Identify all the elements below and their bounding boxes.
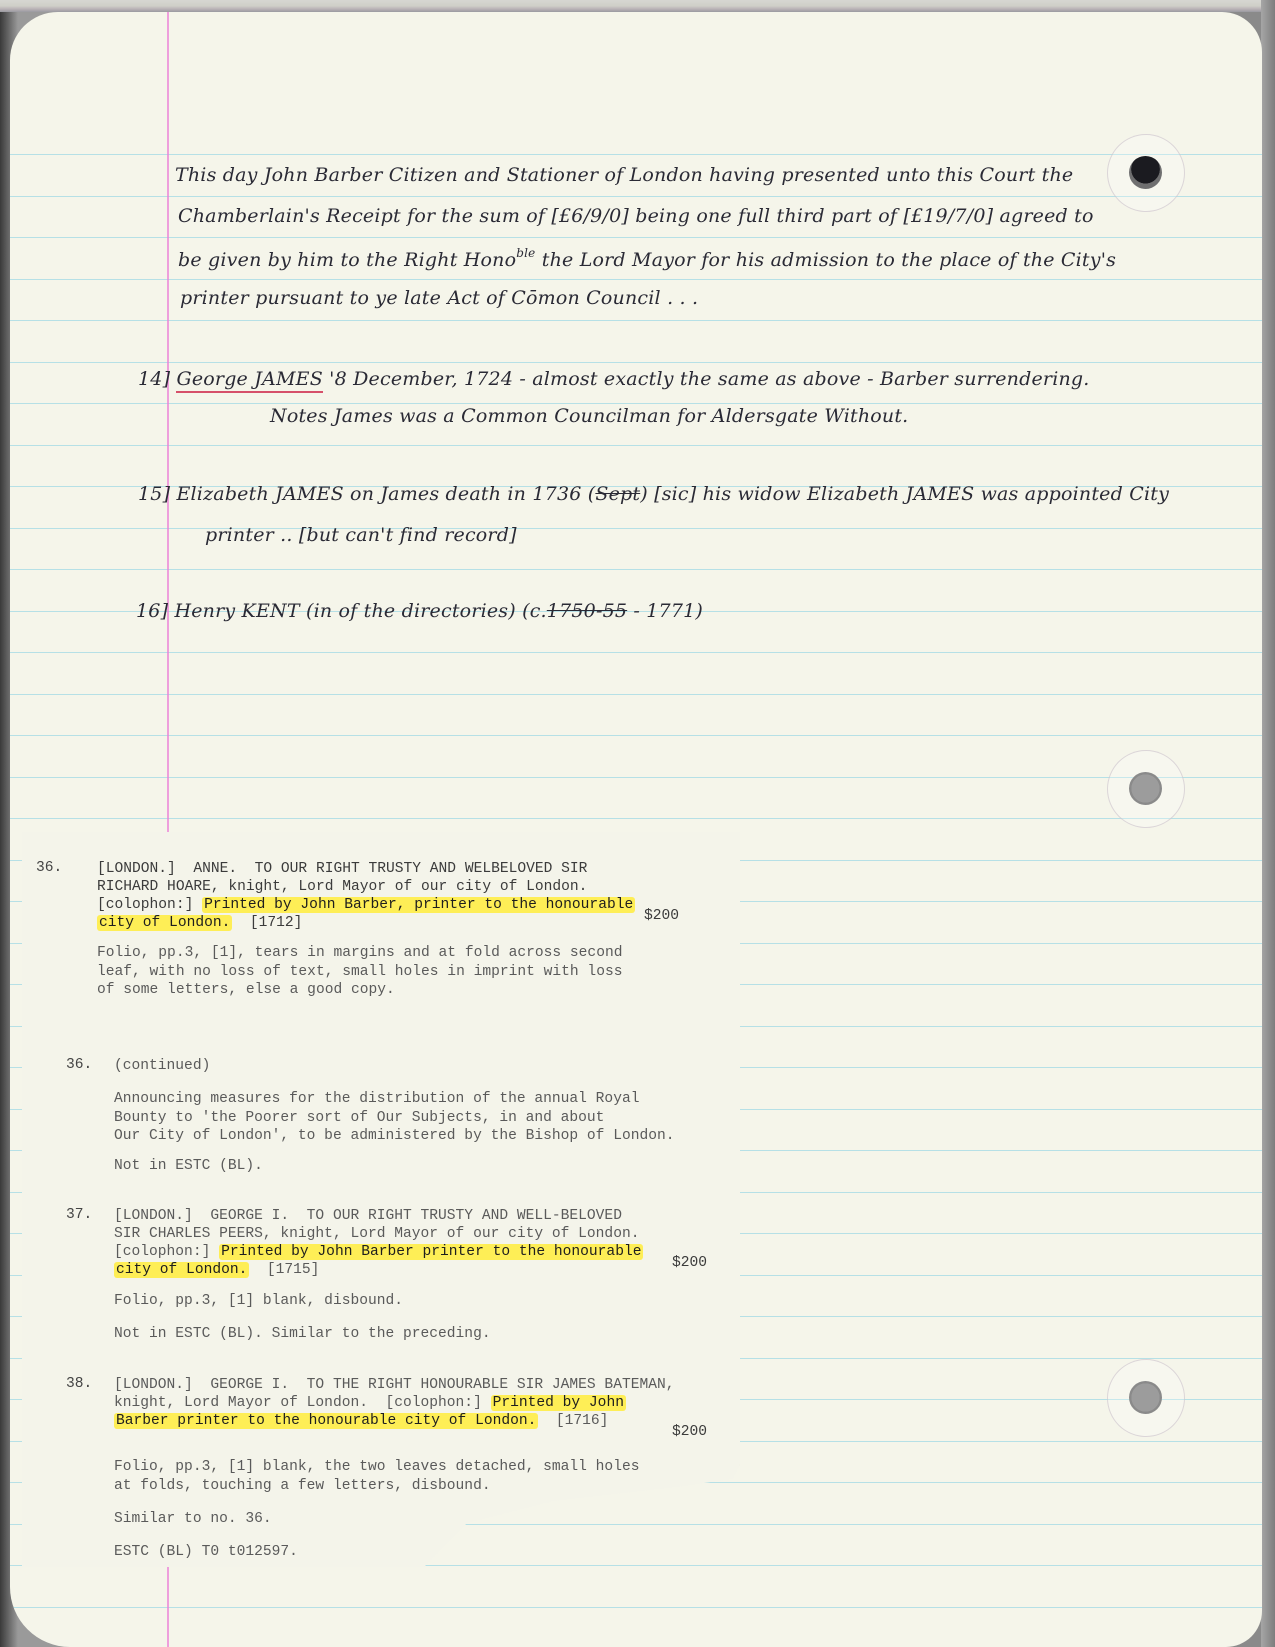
item-38-description: Folio, pp.3, [1] blank, the two leaves d… [114,1458,639,1495]
entry-number: 14] [138,368,170,390]
ruled-line [10,528,1262,529]
item-number-38: 38. [66,1376,92,1392]
ruled-line [10,445,1262,446]
item-date: [1715] [249,1262,319,1278]
note-paragraph-line-2: Chamberlain's Receipt for the sum of [£6… [178,205,1094,227]
colophon-label: [colophon:] [97,897,202,913]
ruled-line [10,735,1262,736]
ruled-line [10,362,1262,363]
ruled-line [10,652,1262,653]
item-36-estc-note: Not in ESTC (BL). [114,1157,263,1176]
entry-name: Henry KENT [174,600,299,622]
highlighted-imprint: city of London. [114,1262,249,1278]
ruled-line [10,320,1262,321]
item-38-similar-note: Similar to no. 36. [114,1510,272,1529]
ruled-line [10,569,1262,570]
item-36-colophon-line: [colophon:] Printed by John Barber, prin… [97,896,635,915]
item-36-heading-line-2: RICHARD HOARE, knight, Lord Mayor of our… [97,878,587,897]
note-paragraph-line-3: be given by him to the Right Honoble the… [178,246,1116,271]
item-38-estc-reference: ESTC (BL) T0 t012597. [114,1543,298,1562]
scanner-edge-top [0,0,1275,12]
entry-text: '8 December, 1724 - almost exactly the s… [323,368,1090,390]
entry-text: - 1771) [627,600,703,622]
item-37-description: Folio, pp.3, [1] blank, disbound. [114,1292,403,1311]
text-segment: knight, Lord Mayor of London. [colophon:… [114,1395,491,1411]
text-segment: the Lord Mayor for his admission to the … [536,249,1117,271]
entry-name: George JAMES [176,368,322,393]
struck-text: 1750-55 [547,600,627,622]
item-38-price: $200 [672,1424,707,1440]
item-38-imprint-line: Barber printer to the honourable city of… [114,1412,608,1431]
struck-text: Sept [595,483,640,505]
highlighted-imprint: Printed by John Barber printer to the ho… [219,1244,643,1260]
ruled-line [10,694,1262,695]
note-entry-14: 14] George JAMES '8 December, 1724 - alm… [138,368,1090,390]
item-38-heading-line-2: knight, Lord Mayor of London. [colophon:… [114,1394,626,1413]
ruled-line [10,237,1262,238]
item-37-estc-note: Not in ESTC (BL). Similar to the precedi… [114,1325,491,1344]
note-paragraph-line-4: printer pursuant to ye late Act of Cōmon… [180,287,698,309]
item-37-heading-line-2: SIR CHARLES PEERS, knight, Lord Mayor of… [114,1225,639,1244]
entry-number: 16] [136,600,168,622]
item-38-heading-line-1: [LONDON.] GEORGE I. TO THE RIGHT HONOURA… [114,1376,675,1395]
highlighted-imprint: city of London. [97,915,232,931]
entry-text: on James death in 1736 ( [344,483,596,505]
item-37-imprint-line: city of London. [1715] [114,1261,319,1280]
text-segment: be given by him to the Right Hono [178,249,516,271]
continued-label: (continued) [114,1057,210,1076]
item-date: [1716] [538,1413,608,1429]
entry-text: ) [sic] his widow Elizabeth JAMES was ap… [640,483,1169,505]
ruled-line [10,777,1262,778]
note-entry-14-line-2: Notes James was a Common Councilman for … [270,405,908,427]
ruled-line [10,279,1262,280]
entry-text: (in of the directories) (c. [300,600,547,622]
item-36-price: $200 [644,908,679,924]
catalog-clipping: 36. [LONDON.] ANNE. TO OUR RIGHT TRUSTY … [22,832,740,1567]
ruled-line [10,196,1262,197]
item-36-imprint-line: city of London. [1712] [97,914,302,933]
item-number-37: 37. [66,1207,92,1223]
item-37-heading-line-1: [LONDON.] GEORGE I. TO OUR RIGHT TRUSTY … [114,1207,622,1226]
ruled-line [10,154,1262,155]
item-37-price: $200 [672,1255,707,1271]
entry-name: Elizabeth JAMES [176,483,343,505]
item-36-continued-description: Announcing measures for the distribution… [114,1090,675,1146]
punch-hole-icon [1129,1381,1162,1414]
ruled-line [10,1607,1262,1608]
highlighted-imprint: Printed by John Barber, printer to the h… [202,897,635,913]
scanner-edge-right [1261,0,1275,1647]
note-entry-16: 16] Henry KENT (in of the directories) (… [136,600,703,622]
item-36-heading-line-1: [LONDON.] ANNE. TO OUR RIGHT TRUSTY AND … [97,860,587,879]
note-entry-15: 15] Elizabeth JAMES on James death in 17… [138,483,1169,505]
item-number-36-continued: 36. [66,1057,92,1073]
note-entry-15-line-2: printer .. [but can't find record] [205,524,517,546]
highlighted-imprint: Printed by John [491,1395,626,1411]
ruled-line [10,818,1262,819]
item-number-36: 36. [36,860,62,876]
item-37-colophon-line: [colophon:] Printed by John Barber print… [114,1243,643,1262]
superscript-abbrev: ble [516,246,535,260]
punch-hole-icon [1129,156,1162,189]
colophon-label: [colophon:] [114,1244,219,1260]
notebook-page: This day John Barber Citizen and Station… [10,12,1262,1647]
punch-hole-icon [1129,772,1162,805]
item-36-description: Folio, pp.3, [1], tears in margins and a… [97,944,622,1000]
highlighted-imprint: Barber printer to the honourable city of… [114,1413,538,1429]
entry-number: 15] [138,483,170,505]
note-paragraph-line-1: This day John Barber Citizen and Station… [175,164,1073,186]
item-date: [1712] [232,915,302,931]
ruled-line [10,403,1262,404]
